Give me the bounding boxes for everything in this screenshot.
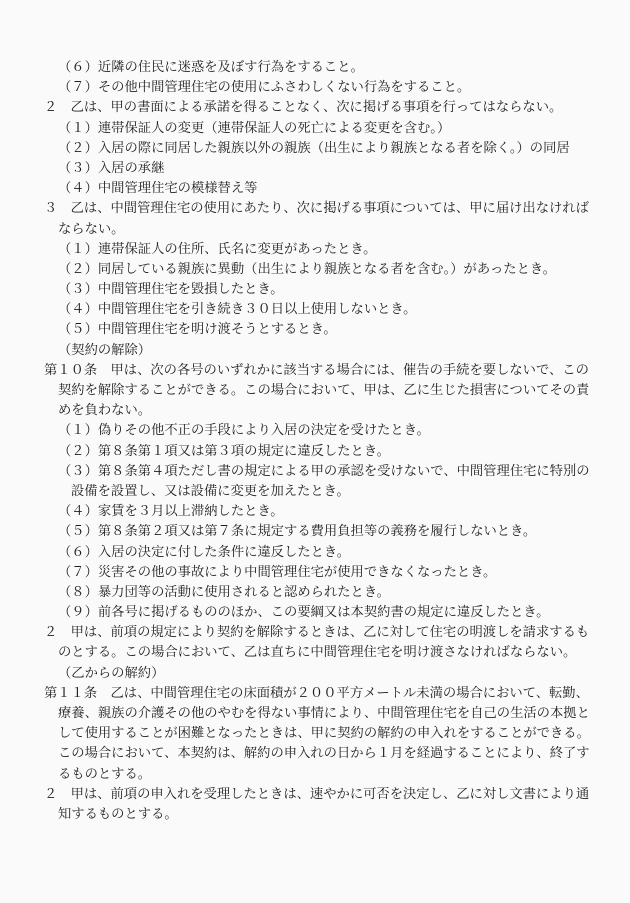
document-line: （７）災害その他の事故により中間管理住宅が使用できなくなったとき。 — [0, 562, 630, 582]
document-line: 第１０条 甲は、次の各号のいずれかに該当する場合には、催告の手続を要しないで、こ… — [0, 360, 630, 380]
document-line: （乙からの解約） — [0, 663, 630, 683]
document-line: （５）第８条第２項又は第７条に規定する費用負担等の義務を履行しないとき。 — [0, 521, 630, 541]
document-line: （５）中間管理住宅を明け渡そうとするとき。 — [0, 319, 630, 339]
document-line: この場合において、本契約は、解約の申入れの日から１月を経過することにより、終了す — [0, 743, 630, 763]
document-line: （２）入居の際に同居した親族以外の親族（出生により親族となる者を除く。）の同居 — [0, 138, 630, 158]
document-line: （２）同居している親族に異動（出生により親族となる者を含む。）があったとき。 — [0, 259, 630, 279]
document-line: 療養、親族の介護その他のやむを得ない事情により、中間管理住宅を自己の生活の本拠と — [0, 703, 630, 723]
document-line: 知するものとする。 — [0, 804, 630, 824]
document-line: ２ 甲は、前項の申入れを受理したときは、速やかに可否を決定し、乙に対し文書により… — [0, 784, 630, 804]
document-line: ならない。 — [0, 219, 630, 239]
document-line: （２）第８条第１項又は第３項の規定に違反したとき。 — [0, 441, 630, 461]
document-line: （８）暴力団等の活動に使用されると認められたとき。 — [0, 582, 630, 602]
document-line: （１）偽りその他不正の手段により入居の決定を受けたとき。 — [0, 420, 630, 440]
document-line: のとする。この場合において、乙は直ちに中間管理住宅を明け渡さなければならない。 — [0, 642, 630, 662]
document-line: （６）近隣の住民に迷惑を及ぼす行為をすること。 — [0, 57, 630, 77]
document-line: （１）連帯保証人の変更（連帯保証人の死亡による変更を含む。） — [0, 118, 630, 138]
document-line: （４）中間管理住宅の模様替え等 — [0, 178, 630, 198]
document-line: ２ 乙は、甲の書面による承諾を得ることなく、次に掲げる事項を行ってはならない。 — [0, 97, 630, 117]
document-line: ２ 甲は、前項の規定により契約を解除するときは、乙に対して住宅の明渡しを請求する… — [0, 622, 630, 642]
document-line: 契約を解除することができる。この場合において、甲は、乙に生じた損害についてその責 — [0, 380, 630, 400]
document-line: めを負わない。 — [0, 400, 630, 420]
document-line: （４）家賃を３月以上滞納したとき。 — [0, 501, 630, 521]
document-line: 設備を設置し、又は設備に変更を加えたとき。 — [0, 481, 630, 501]
document-line: （契約の解除） — [0, 340, 630, 360]
document-line: （３）第８条第４項ただし書の規定による甲の承認を受けないで、中間管理住宅に特別の — [0, 461, 630, 481]
document-line: （１）連帯保証人の住所、氏名に変更があったとき。 — [0, 239, 630, 259]
document-line: 第１１条 乙は、中間管理住宅の床面積が２００平方メートル未満の場合において、転勤… — [0, 683, 630, 703]
document-line: （３）入居の承継 — [0, 158, 630, 178]
document-line: （６）入居の決定に付した条件に違反したとき。 — [0, 542, 630, 562]
document-line: （４）中間管理住宅を引き続き３０日以上使用しないとき。 — [0, 299, 630, 319]
document-body: （６）近隣の住民に迷惑を及ぼす行為をすること。（７）その他中間管理住宅の使用にふ… — [0, 57, 630, 824]
document-line: （９）前各号に掲げるもののほか、この要綱又は本契約書の規定に違反したとき。 — [0, 602, 630, 622]
document-line: ３ 乙は、中間管理住宅の使用にあたり、次に掲げる事項については、甲に届け出なけれ… — [0, 198, 630, 218]
document-line: （７）その他中間管理住宅の使用にふさわしくない行為をすること。 — [0, 77, 630, 97]
document-line: して使用することが困難となったときは、甲に契約の解約の申入れをすることができる。 — [0, 723, 630, 743]
document-page: （６）近隣の住民に迷惑を及ぼす行為をすること。（７）その他中間管理住宅の使用にふ… — [0, 0, 630, 903]
document-line: るものとする。 — [0, 764, 630, 784]
document-line: （３）中間管理住宅を毀損したとき。 — [0, 279, 630, 299]
